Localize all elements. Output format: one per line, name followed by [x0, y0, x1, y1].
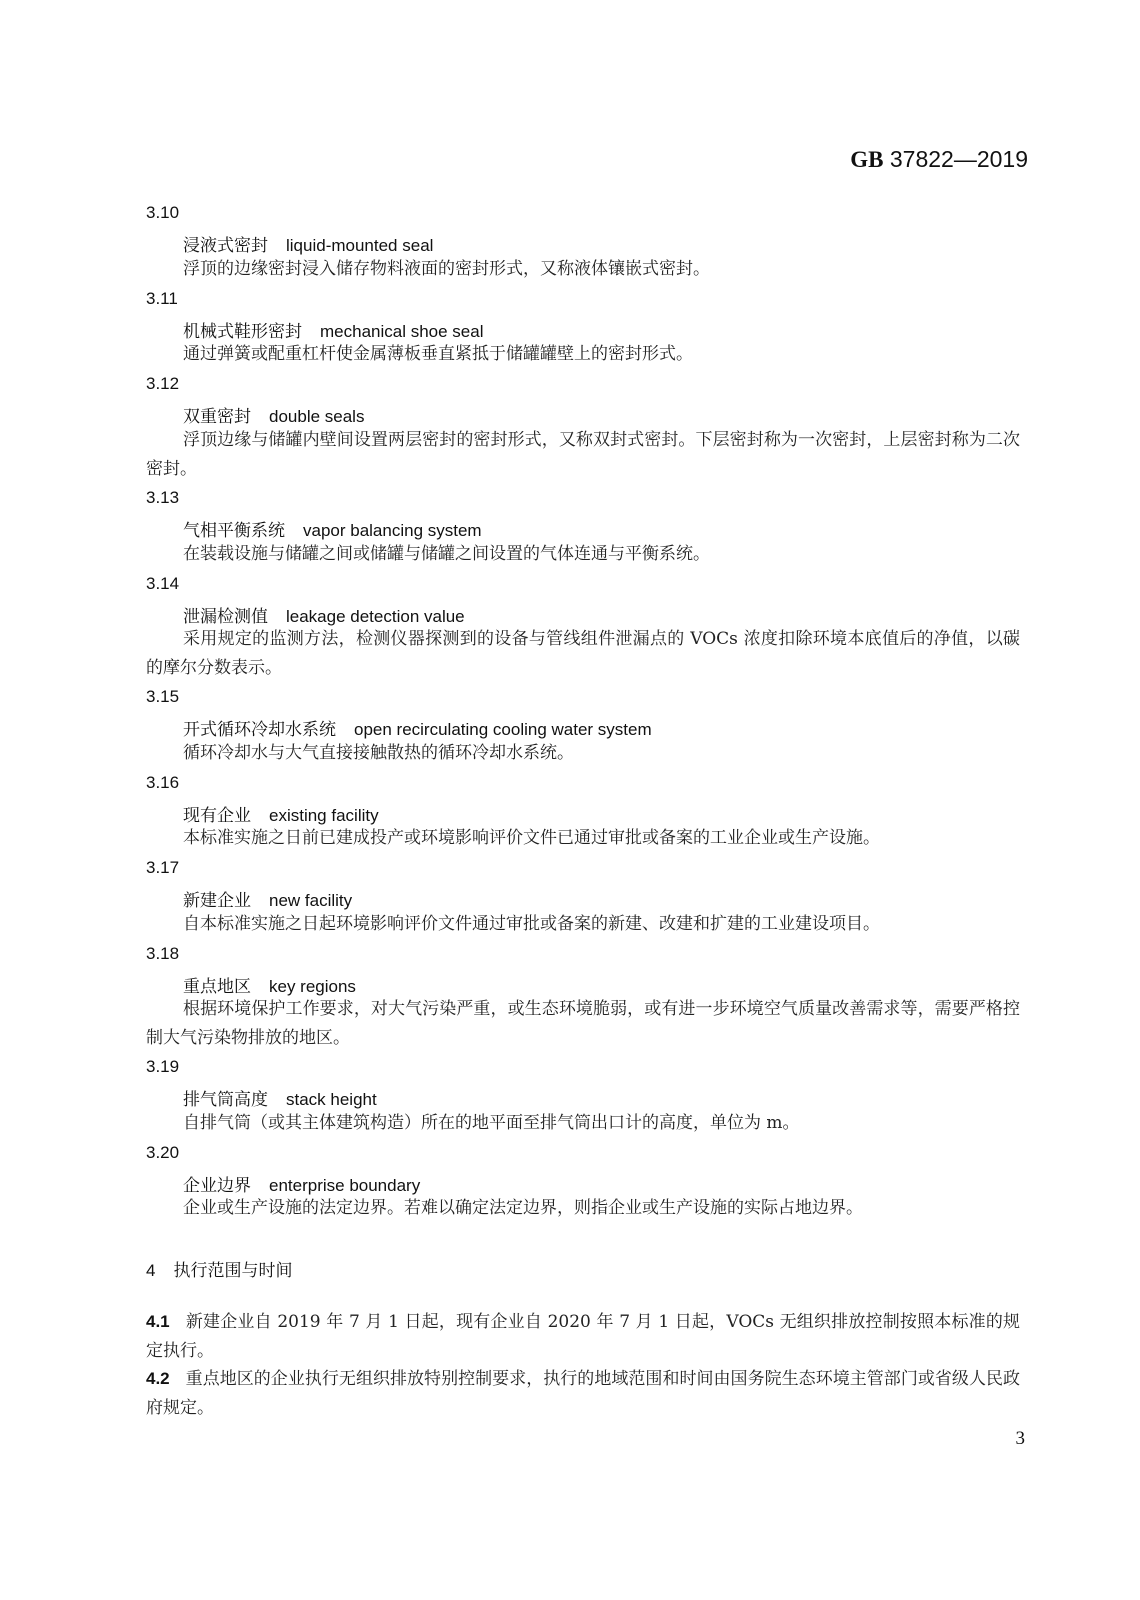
term-en: liquid-mounted seal	[286, 236, 433, 255]
standard-number: 37822—2019	[890, 146, 1028, 172]
term-number: 3.19	[146, 1057, 179, 1077]
standard-prefix: GB	[850, 147, 883, 172]
document-page: GB 37822—2019 3.10 浸液式密封liquid-mounted s…	[0, 0, 1140, 1600]
clause-number: 4.1	[146, 1312, 170, 1331]
term-zh: 气相平衡系统	[183, 521, 285, 541]
term-number: 3.12	[146, 374, 179, 394]
term-title: 双重密封double seals	[183, 402, 364, 427]
page-number: 3	[1016, 1428, 1026, 1450]
term-number: 3.14	[146, 574, 179, 594]
term-zh: 浸液式密封	[183, 236, 268, 256]
term-title: 气相平衡系统vapor balancing system	[183, 516, 482, 541]
term-title: 开式循环冷却水系统open recirculating cooling wate…	[183, 715, 652, 740]
term-number: 3.10	[146, 203, 179, 223]
term-title: 新建企业new facility	[183, 886, 352, 911]
term-definition: 通过弹簧或配重杠杆使金属薄板垂直紧抵于储罐罐壁上的密封形式。	[146, 340, 1020, 369]
term-en: leakage detection value	[286, 607, 465, 626]
term-title: 浸液式密封liquid-mounted seal	[183, 231, 433, 256]
term-en: new facility	[269, 891, 352, 910]
term-en: mechanical shoe seal	[320, 322, 483, 341]
term-en: double seals	[269, 407, 364, 426]
term-en: key regions	[269, 977, 356, 996]
term-zh: 重点地区	[183, 977, 251, 997]
term-zh: 现有企业	[183, 806, 251, 826]
term-number: 3.16	[146, 773, 179, 793]
term-definition: 循环冷却水与大气直接接触散热的循环冷却水系统。	[146, 739, 1020, 768]
term-en: enterprise boundary	[269, 1176, 420, 1195]
term-zh: 新建企业	[183, 891, 251, 911]
term-number: 3.13	[146, 488, 179, 508]
term-zh: 排气筒高度	[183, 1090, 268, 1110]
term-zh: 泄漏检测值	[183, 607, 268, 627]
term-zh: 企业边界	[183, 1176, 251, 1196]
term-number: 3.18	[146, 944, 179, 964]
clause-4-2: 4.2重点地区的企业执行无组织排放特别控制要求，执行的地域范围和时间由国务院生态…	[146, 1364, 1020, 1423]
term-number: 3.17	[146, 858, 179, 878]
term-definition: 浮顶边缘与储罐内壁间设置两层密封的密封形式，又称双封式密封。下层密封称为一次密封…	[146, 426, 1020, 484]
term-number: 3.20	[146, 1143, 179, 1163]
term-en: existing facility	[269, 806, 379, 825]
term-number: 3.11	[146, 289, 178, 309]
term-title: 泄漏检测值leakage detection value	[183, 602, 465, 627]
term-en: vapor balancing system	[303, 521, 482, 540]
section-number: 4	[146, 1261, 155, 1280]
clause-text: 新建企业自 2019 年 7 月 1 日起，现有企业自 2020 年 7 月 1…	[146, 1312, 1020, 1361]
clause-text: 重点地区的企业执行无组织排放特别控制要求，执行的地域范围和时间由国务院生态环境主…	[146, 1369, 1020, 1418]
term-zh: 机械式鞋形密封	[183, 322, 302, 342]
section-title: 执行范围与时间	[173, 1261, 292, 1281]
standard-header: GB 37822—2019	[850, 146, 1028, 173]
term-definition: 本标准实施之日前已建成投产或环境影响评价文件已通过审批或备案的工业企业或生产设施…	[146, 824, 1020, 853]
term-definition: 采用规定的监测方法，检测仪器探测到的设备与管线组件泄漏点的 VOCs 浓度扣除环…	[146, 625, 1020, 683]
term-definition: 根据环境保护工作要求，对大气污染严重，或生态环境脆弱，或有进一步环境空气质量改善…	[146, 995, 1020, 1053]
section-heading: 4执行范围与时间	[146, 1256, 292, 1281]
term-definition: 自本标准实施之日起环境影响评价文件通过审批或备案的新建、改建和扩建的工业建设项目…	[146, 910, 1020, 939]
term-number: 3.15	[146, 687, 179, 707]
term-definition: 企业或生产设施的法定边界。若难以确定法定边界，则指企业或生产设施的实际占地边界。	[146, 1194, 1020, 1223]
clause-number: 4.2	[146, 1369, 170, 1388]
term-definition: 在装载设施与储罐之间或储罐与储罐之间设置的气体连通与平衡系统。	[146, 540, 1020, 569]
term-definition: 自排气筒（或其主体建筑构造）所在的地平面至排气筒出口计的高度，单位为 m。	[146, 1109, 1020, 1138]
term-title: 重点地区key regions	[183, 972, 356, 997]
term-title: 现有企业existing facility	[183, 801, 379, 826]
term-en: open recirculating cooling water system	[354, 720, 652, 739]
term-zh: 开式循环冷却水系统	[183, 720, 336, 740]
clause-4-1: 4.1新建企业自 2019 年 7 月 1 日起，现有企业自 2020 年 7 …	[146, 1307, 1020, 1366]
term-definition: 浮顶的边缘密封浸入储存物料液面的密封形式，又称液体镶嵌式密封。	[146, 255, 1020, 284]
term-title: 机械式鞋形密封mechanical shoe seal	[183, 317, 483, 342]
term-title: 企业边界enterprise boundary	[183, 1171, 420, 1196]
term-title: 排气筒高度stack height	[183, 1085, 377, 1110]
term-en: stack height	[286, 1090, 377, 1109]
term-zh: 双重密封	[183, 407, 251, 427]
